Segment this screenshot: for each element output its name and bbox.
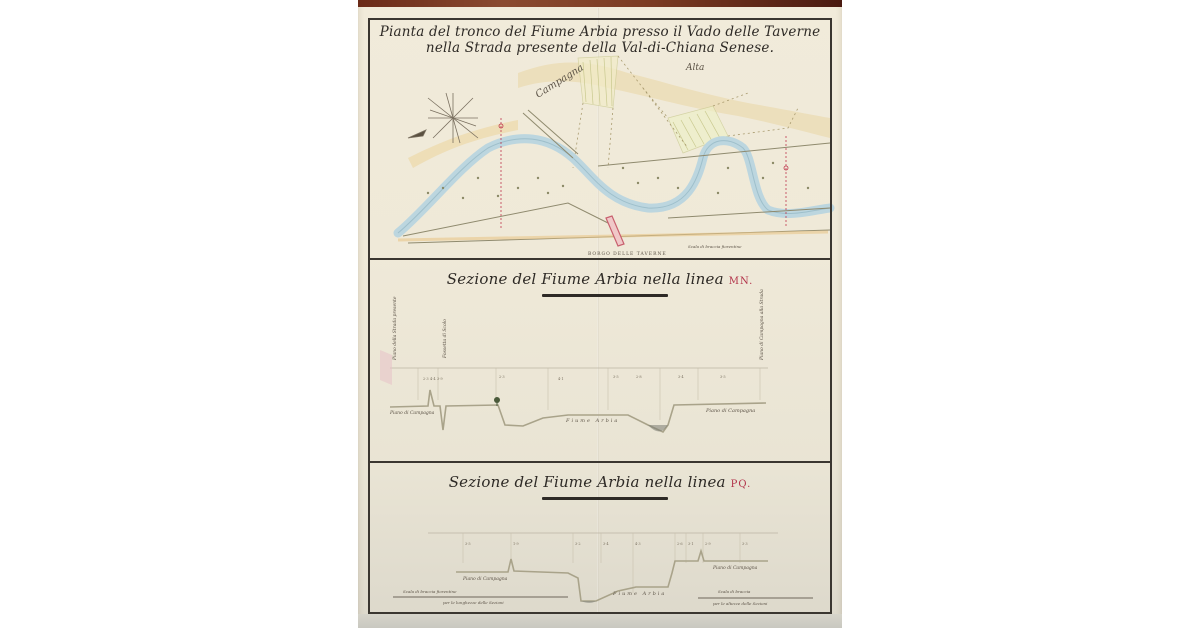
sheet-bottom-band [358,614,842,628]
outer-frame [368,18,832,614]
map-sheet: Pianta del tronco del Fiume Arbia presso… [358,0,842,628]
sheet-top-edge [358,0,842,7]
